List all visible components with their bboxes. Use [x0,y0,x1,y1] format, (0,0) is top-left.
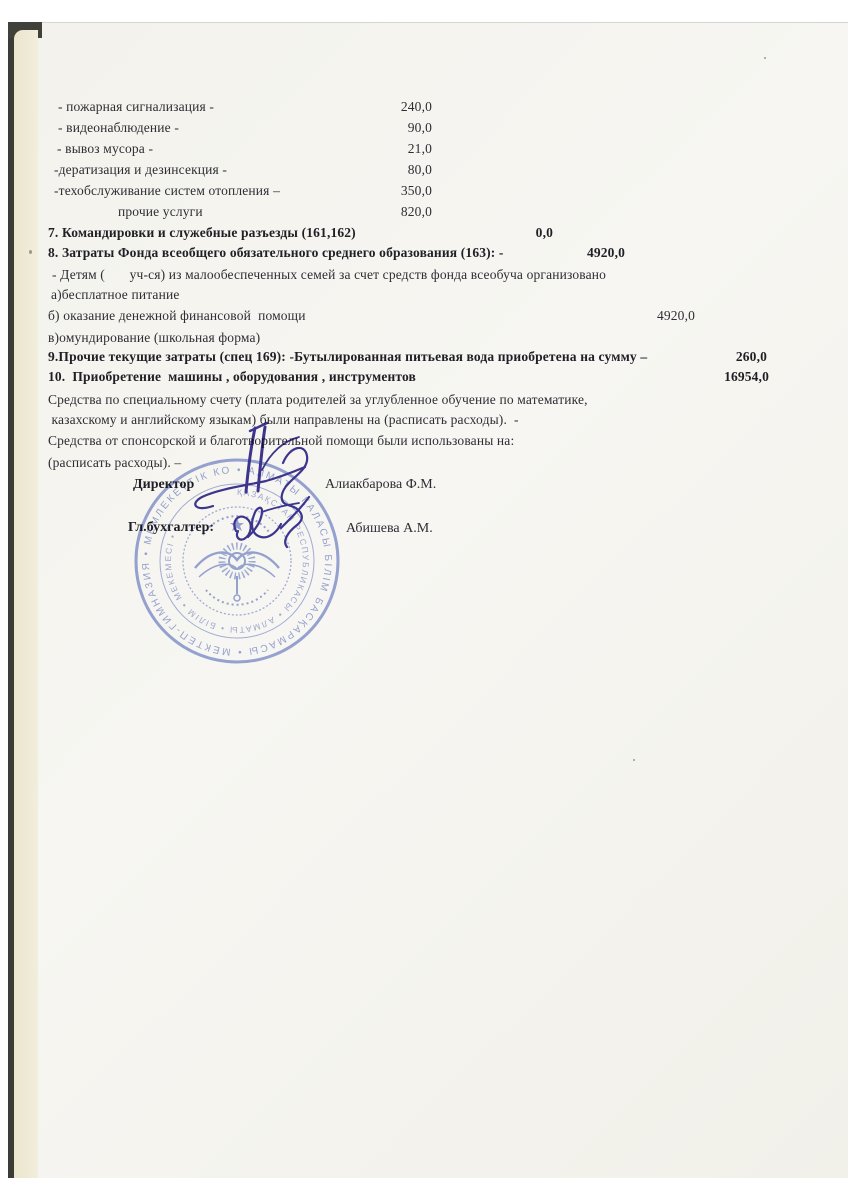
expense-line: -техобслуживание систем отопления –350,0 [0,183,848,201]
body-line: в)омундирование (школьная форма) [0,330,848,348]
body-line: казахскому и английскому языкам) были на… [0,412,848,430]
expense-line: - вывоз мусора -21,0 [0,141,848,159]
body-line: б) оказание денежной финансовой помощи49… [0,308,848,326]
director-name: Алиакбарова Ф.М. [325,477,436,493]
page-fold-strip [14,30,38,1178]
scan-speck [764,57,766,59]
body-line: - Детям ( уч-ся) из малообеспеченных сем… [0,267,848,285]
body-line: Средства от спонсорской и благотворитель… [0,433,848,451]
body-line: (расписать расходы). – [0,455,848,473]
accountant-label: Гл.бухгалтер: [128,520,214,536]
scan-speck [29,250,32,254]
expense-line: - пожарная сигнализация -240,0 [0,99,848,117]
body-line: Средства по специальному счету (плата ро… [0,392,848,410]
body-line: а)бесплатное питание [0,287,848,305]
section-9-line: 9.Прочие текущие затраты (спец 169): -Бу… [0,349,848,367]
expense-line: -дератизация и дезинсекция -80,0 [0,162,848,180]
section-7-line: 7. Командировки и служебные разъезды (16… [0,225,848,243]
section-10-line: 10. Приобретение машины , оборудования ,… [0,369,848,387]
expense-line: прочие услуги820,0 [0,204,848,222]
section-8-line: 8. Затраты Фонда всеобщего обязательного… [0,245,848,263]
scan-speck [633,759,635,761]
accountant-name: Абишева А.М. [346,521,433,537]
scanned-report-page: { "doc": { "lines": [ { "text": "- пожар… [0,0,848,1200]
expense-line: - видеонаблюдение -90,0 [0,120,848,138]
director-label: Директор [133,477,194,493]
